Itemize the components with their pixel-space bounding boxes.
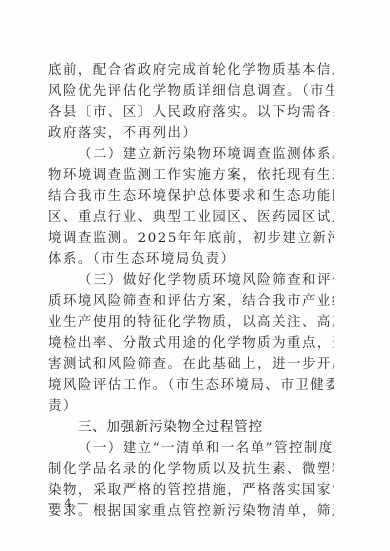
section-heading: 三、加强新污染物全过程管控 [48, 417, 334, 438]
paragraph-first-line: （三）做好化学物质环境风险筛查和评估。按照省化学物 [48, 270, 334, 291]
text-line: 物环境调查监测工作实施方案，依托现有生态环境监测网络， [48, 165, 334, 186]
document-body: 底前，配合省政府完成首轮化学物质基本信息调查和首批环境 风险优先评估化学物质详细… [48, 60, 334, 522]
text-line: 制化学品名录的化学物质以及抗生素、微塑料等其他重点新污 [48, 459, 334, 480]
text-line: 政府落实，不再列出） [48, 123, 334, 144]
text-line: 境风险评估工作。（市生态环境局、市卫健委等按职责分工负 [48, 375, 334, 396]
text-line: 染物，采取严格的管控措施，严格落实国家“一品一策”管控 [48, 480, 334, 501]
text-line: 风险优先评估化学物质详细信息调查。（市生态环境局负责， [48, 81, 334, 102]
paragraph-first-line: （一）建立“一清单和一名单”管控制度。对列入优先控 [48, 438, 334, 459]
text-line: 体系。（市生态环境局负责） [48, 249, 334, 270]
text-line: 要求。根据国家重点管控新污染物清单，筛选出我市生产、使 [48, 501, 334, 522]
text-line: 区、重点行业、典型工业园区、医药园区试点开展新污染物环 [48, 207, 334, 228]
page-number: — 4 — [48, 497, 89, 510]
text-line: 境调查监测。2025年年底前，初步建立新污染物环境调查监测 [48, 228, 334, 249]
text-line: 各县〔市、区〕人民政府落实。以下均需各县〔市、区〕人民 [48, 102, 334, 123]
paragraph-first-line: （二）建立新污染物环境调查监测体系。按照我省新污染 [48, 144, 334, 165]
text-line: 底前，配合省政府完成首轮化学物质基本信息调查和首批环境 [48, 60, 334, 81]
text-line: 境检出率、分散式用途的化学物质为重点，开展环境与健康危 [48, 333, 334, 354]
text-line: 责） [48, 396, 334, 417]
document-page: 底前，配合省政府完成首轮化学物质基本信息调查和首批环境 风险优先评估化学物质详细… [0, 0, 390, 551]
text-line: 业生产使用的特征化学物质，以高关注、高产（用）量、高环 [48, 312, 334, 333]
text-line: 质环境风险筛查和评估方案，结合我市产业结构和重点行业企 [48, 291, 334, 312]
text-line: 结合我市生态环境保护总体要求和生态功能区划，选取重点地 [48, 186, 334, 207]
text-line: 害测试和风险筛查。在此基础上，进一步开展有关化学物质环 [48, 354, 334, 375]
